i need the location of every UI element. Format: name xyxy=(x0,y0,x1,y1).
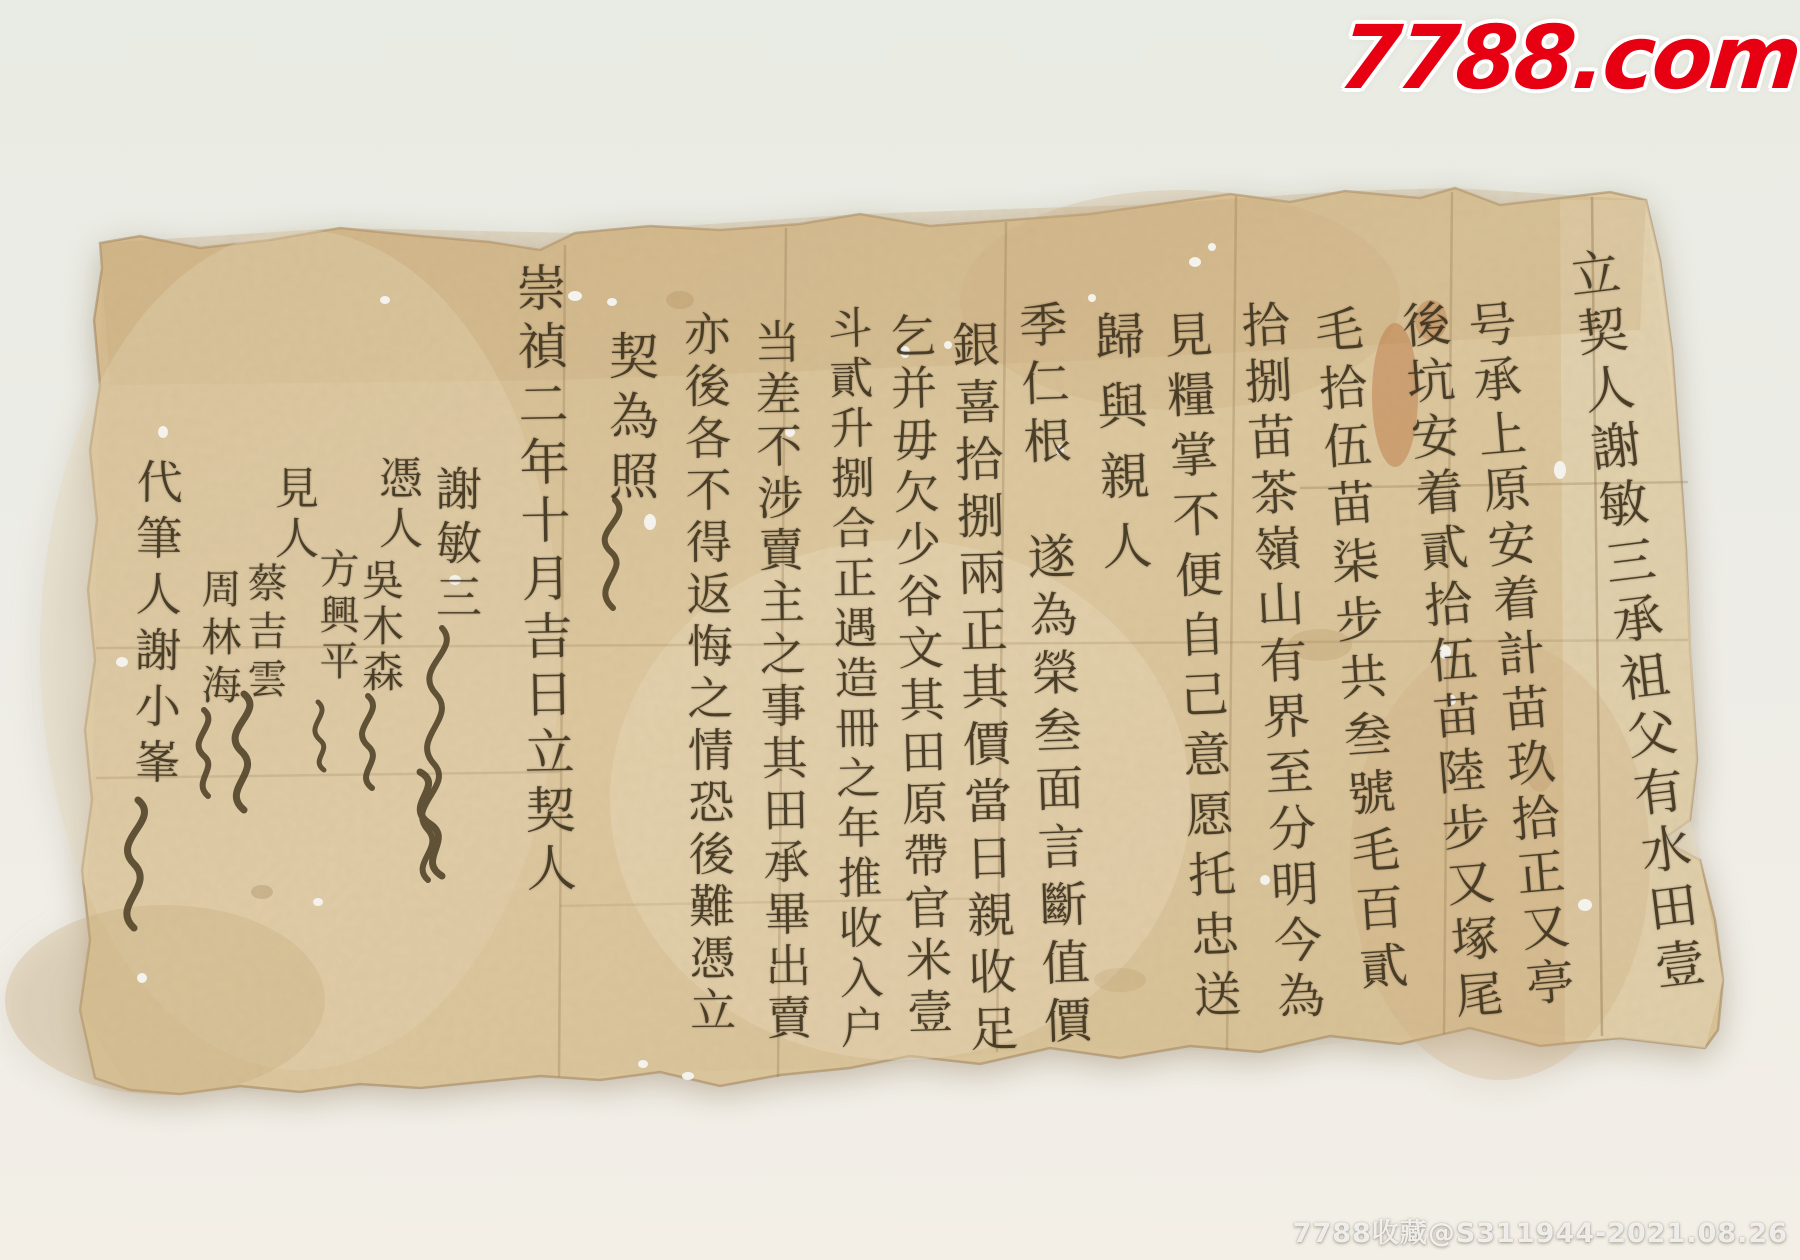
collection-watermark: 7788收藏@S311944-2021.08.26 xyxy=(1293,1211,1788,1250)
signature-flourish xyxy=(199,710,209,796)
signature-flourish xyxy=(605,500,620,608)
photo-stage: 立契人謝敏三承祖父有水田壹 号承上原安着計苗玖拾正又亭 後坑安着貳拾伍苗陸步又塚… xyxy=(0,0,1800,1260)
signature-flourishes xyxy=(0,0,1800,1260)
site-logo: 7788.com xyxy=(1335,6,1800,109)
signature-flourish xyxy=(362,696,373,788)
signature-flourish xyxy=(127,800,145,928)
signature-flourish xyxy=(315,702,324,770)
signature-flourish xyxy=(235,694,250,810)
